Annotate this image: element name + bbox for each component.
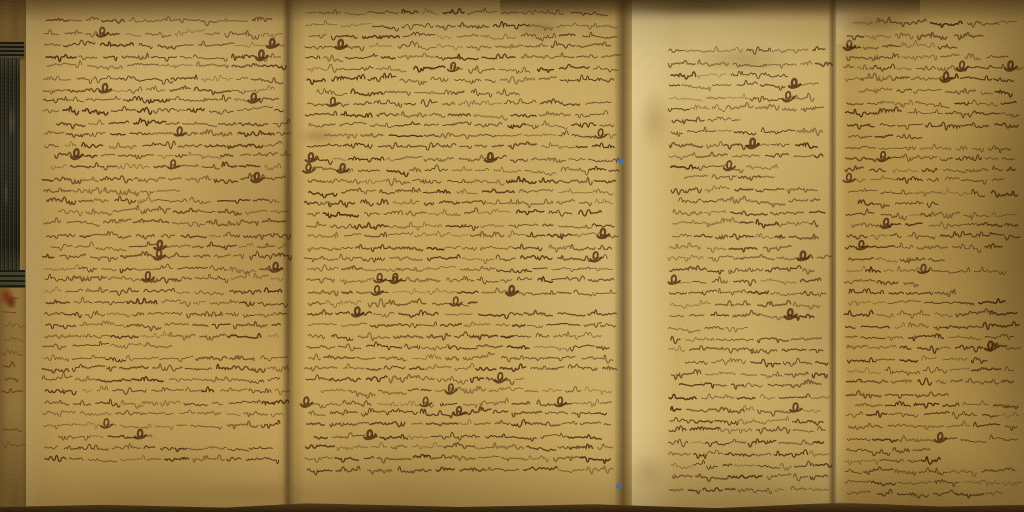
handwriting-left [26,0,298,512]
page-right-center [632,0,844,512]
page-right [836,0,1024,512]
handwriting-center [292,0,640,512]
handwriting-right [836,0,1024,512]
manuscript-photo: Photograph of an opened aged manuscript:… [0,0,1024,512]
page-left [26,0,298,512]
handwriting-right-center [632,0,844,512]
page-center [292,0,640,512]
